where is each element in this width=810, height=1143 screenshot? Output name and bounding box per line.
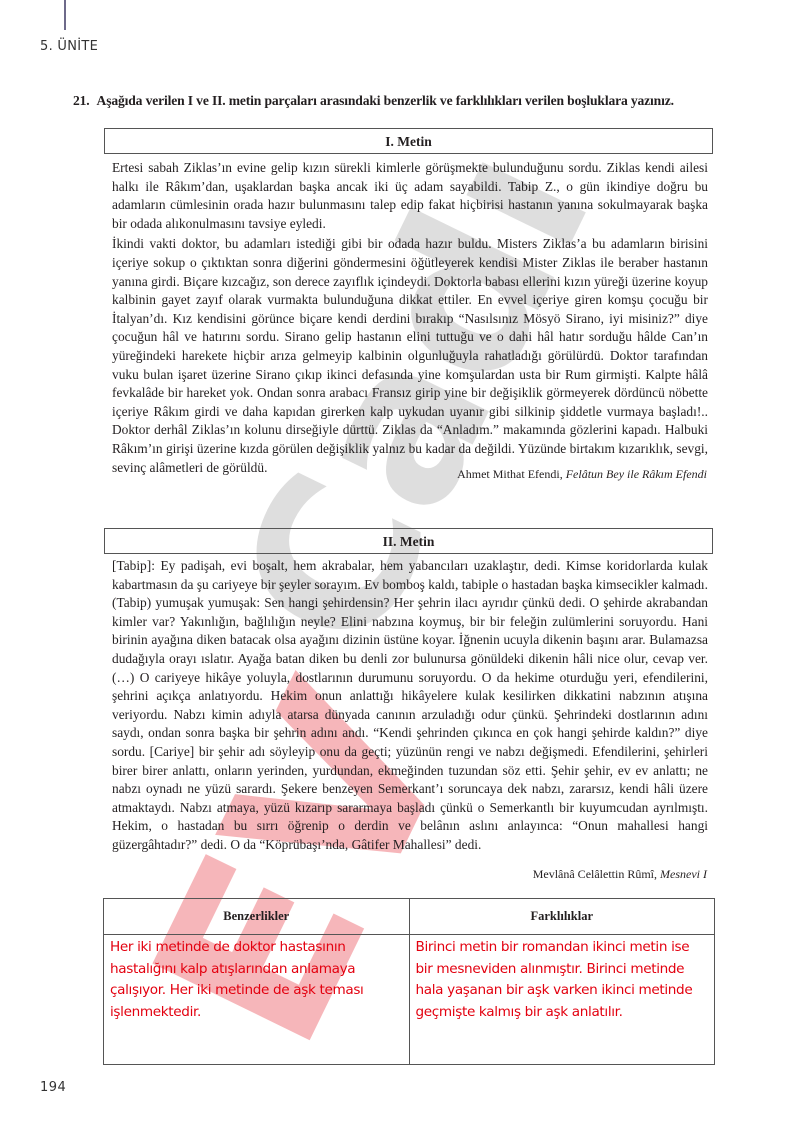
metin1-paragraph: Ertesi sabah Ziklas’ın evine gelip kızın… xyxy=(112,159,708,233)
metin2-source: Mevlânâ Celâlettin Rûmî, Mesnevi I xyxy=(533,867,707,882)
metin2-paragraph: [Tabip]: Ey padişah, evi boşalt, hem akr… xyxy=(112,557,708,855)
metin1-paragraph: İkindi vakti doktor, bu adamları istediğ… xyxy=(112,235,708,477)
metin2-body: [Tabip]: Ey padişah, evi boşalt, hem akr… xyxy=(112,557,708,855)
top-margin-bar xyxy=(64,0,66,30)
metin1-title: I. Metin xyxy=(104,128,713,154)
header-benzerlikler: Benzerlikler xyxy=(104,899,410,935)
farkliliklar-answer[interactable]: Birinci metin bir romandan ikinci metin … xyxy=(409,935,715,1065)
page-number: 194 xyxy=(40,1080,66,1095)
metin2-source-author: Mevlânâ Celâlettin Rûmî, xyxy=(533,867,657,881)
metin2-source-work: Mesnevi I xyxy=(660,867,707,881)
metin1-source-author: Ahmet Mithat Efendi, xyxy=(457,467,563,481)
question-text: Aşağıda verilen I ve II. metin parçaları… xyxy=(97,93,674,108)
header-farkliliklar: Farklılıklar xyxy=(409,899,715,935)
answer-table: Benzerlikler Farklılıklar Her iki metind… xyxy=(103,898,715,1065)
metin1-source: Ahmet Mithat Efendi, Felâtun Bey ile Râk… xyxy=(457,467,707,482)
metin1-body: Ertesi sabah Ziklas’ın evine gelip kızın… xyxy=(112,159,708,477)
question: 21.Aşağıda verilen I ve II. metin parçal… xyxy=(73,93,674,109)
benzerlikler-answer[interactable]: Her iki metinde de doktor hastasının has… xyxy=(104,935,410,1065)
metin2-title: II. Metin xyxy=(104,528,713,554)
question-number: 21. xyxy=(73,93,90,108)
metin1-source-work: Felâtun Bey ile Râkım Efendi xyxy=(566,467,707,481)
unit-label: 5. ÜNİTE xyxy=(40,39,98,54)
